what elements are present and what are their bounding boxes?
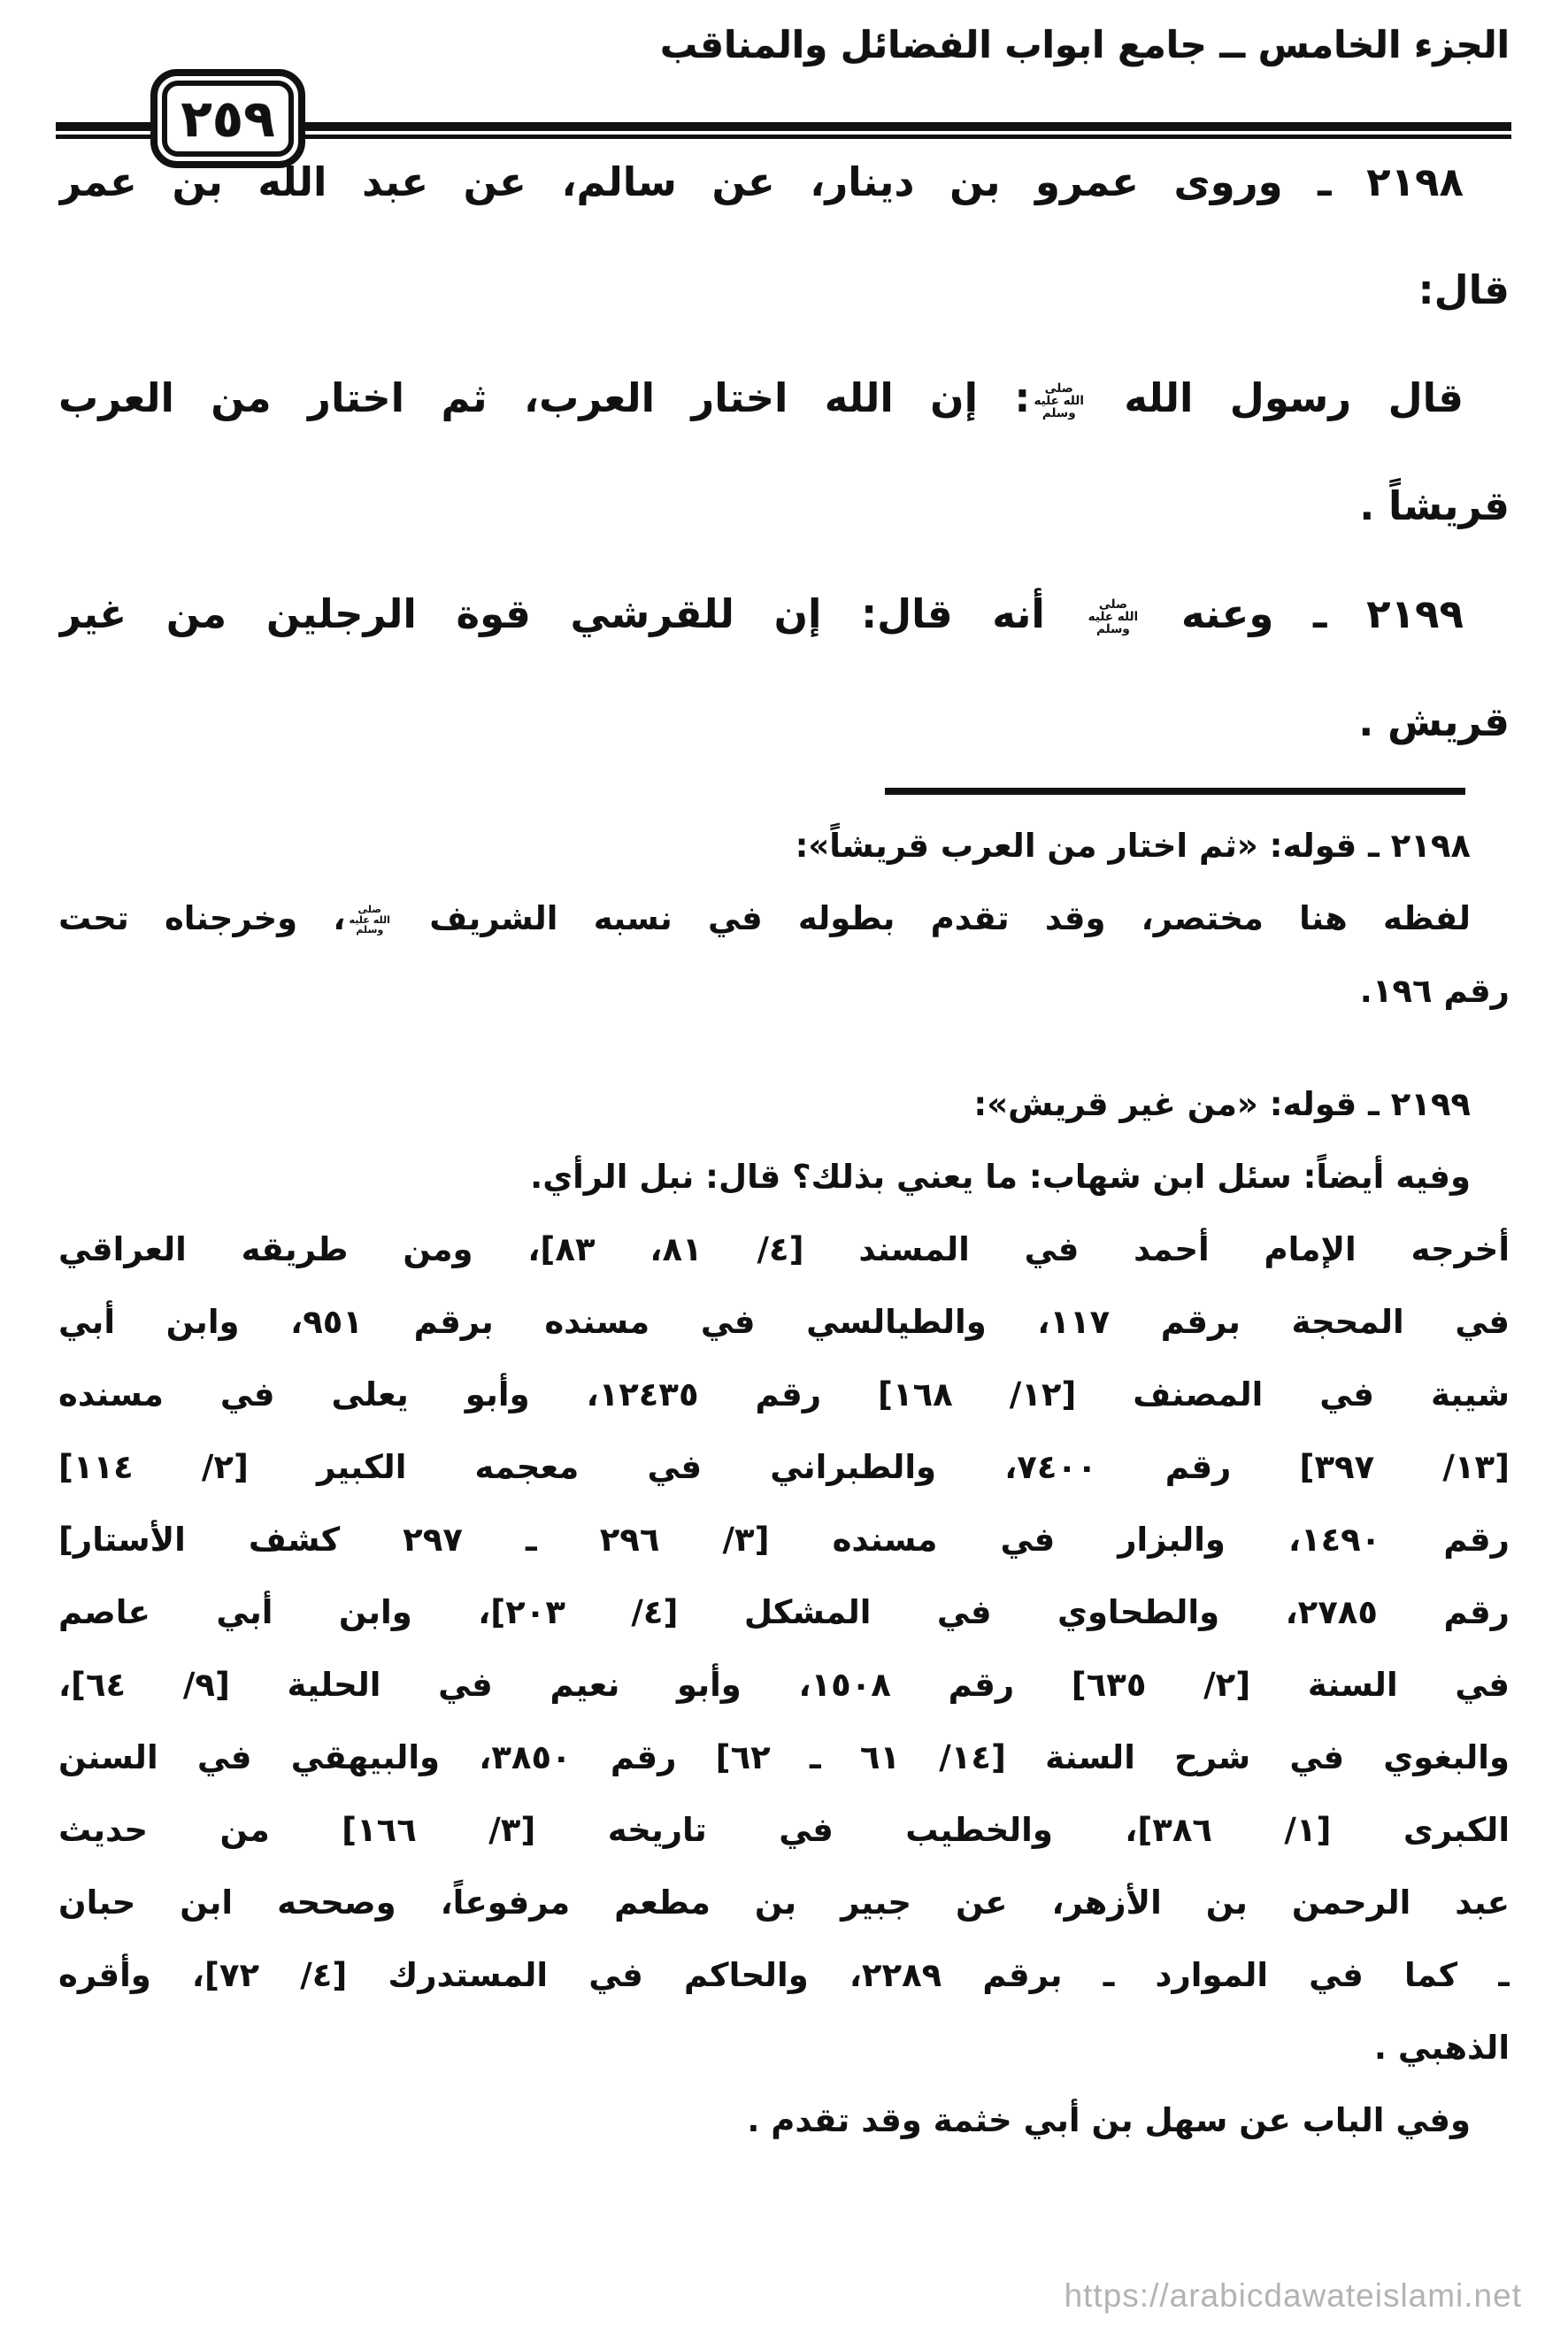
text-line: شيبة في المصنف [١٢/ ١٦٨] رقم ١٢٤٣٥، وأبو… [58,1359,1510,1431]
footnotes-block: ٢١٩٨ ـ قوله: «ثم اختار من العرب قريشاً»:… [58,810,1510,2157]
text-line: الكبرى [١/ ٣٨٦]، والخطيب في تاريخه [٣/ ١… [58,1794,1510,1867]
pbuh-calligraphy-symbol: صلى الله عليه وسلم [1034,382,1084,420]
text-line: ٢١٩٩ ـ قوله: «من غير قريش»: [58,1068,1510,1141]
page-number-badge: ٢٥٩ [150,69,305,168]
header-title: الجزء الخامس ــ جامع ابواب الفضائل والمن… [442,23,1510,66]
page-number: ٢٥٩ [162,81,294,157]
text-line: أخرجه الإمام أحمد في المسند [٤/ ٨١، ٨٣]،… [58,1213,1510,1286]
text-line: رقم ١٤٩٠، والبزار في مسنده [٣/ ٢٩٦ ـ ٢٩٧… [58,1504,1510,1576]
text-line: في السنة [٢/ ٦٣٥] رقم ١٥٠٨، وأبو نعيم في… [58,1649,1510,1722]
footnote-separator [885,788,1465,795]
text-line: وفيه أيضاً: سئل ابن شهاب: ما يعني بذلك؟ … [58,1141,1510,1213]
text-line: [١٣/ ٣٩٧] رقم ٧٤٠٠، والطبراني في معجمه ا… [58,1431,1510,1504]
pbuh-calligraphy-symbol: صلى الله عليه وسلم [349,905,390,936]
text-line: قريش . [58,668,1510,776]
text-line: وفي الباب عن سهل بن أبي خثمة وقد تقدم . [58,2084,1510,2157]
watermark-url: https://arabicdawateislami.net [1065,2277,1522,2315]
main-text-block: ٢١٩٨ ـ وروى عمرو بن دينار، عن سالم، عن ع… [58,128,1510,776]
text-line: ـ كما في الموارد ـ برقم ٢٢٨٩، والحاكم في… [58,1939,1510,2012]
text-line: رقم ١٩٦. [58,955,1510,1028]
text-line: ٢١٩٨ ـ قوله: «ثم اختار من العرب قريشاً»: [58,810,1510,882]
book-page: الجزء الخامس ــ جامع ابواب الفضائل والمن… [0,0,1568,2334]
text-line: قال رسول الله صلى الله عليه وسلم: إن الل… [58,344,1510,452]
text-line: قريشاً . [58,452,1510,560]
text-line: الذهبي . [58,2012,1510,2084]
text-line: لفظه هنا مختصر، وقد تقدم بطوله في نسبه ا… [58,882,1510,955]
text-line: قال: [58,236,1510,344]
text-line: ٢١٩٩ ـ وعنه صلى الله عليه وسلم أنه قال: … [58,560,1510,668]
text-line: في المحجة برقم ١١٧، والطيالسي في مسنده ب… [58,1286,1510,1359]
text-line: رقم ٢٧٨٥، والطحاوي في المشكل [٤/ ٢٠٣]، و… [58,1576,1510,1649]
pbuh-calligraphy-symbol: صلى الله عليه وسلم [1088,598,1139,636]
text-line: والبغوي في شرح السنة [١٤/ ٦١ ـ ٦٢] رقم ٣… [58,1722,1510,1794]
text-line: عبد الرحمن بن الأزهر، عن جبير بن مطعم مر… [58,1867,1510,1939]
